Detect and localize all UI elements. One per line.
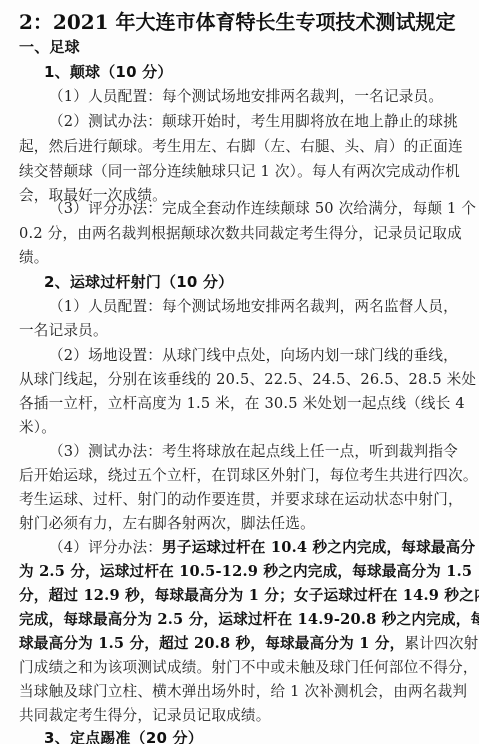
- paragraph-line: （2）测试办法：颠球开始时，考生用脚将放在地上静止的球挑: [49, 112, 458, 132]
- paragraph-line: 米）。: [19, 418, 56, 438]
- item-heading-fixed-point-kick: 3、定点踢准（20 分）: [44, 728, 203, 744]
- scoring-prefix: （4）评分办法：: [49, 539, 162, 556]
- document-title: 2：2021 年大连市体育特长生专项技术测试规定: [19, 8, 456, 36]
- paragraph-line: （2）场地设置：从球门线中点处，向场内划一球门线的垂线，: [49, 346, 458, 366]
- paragraph-line: 当球触及球门立柱、横木弹出场外时，给 1 次补测机会，由两名裁判: [19, 682, 467, 702]
- paragraph-line: 考生运球、过杆、射门的动作要连贯，并要求球在运动状态中射门，: [19, 490, 463, 510]
- scoring-line: 为 2.5 分，运球过杆在 10.5-12.9 秒之内完成，每球最高分为 1.5: [19, 562, 472, 582]
- paragraph-line: 起，然后进行颠球。考生用左、右脚（左、右腿、头、肩）的正面连: [19, 137, 463, 157]
- scoring-line: （4）评分办法：男子运球过杆在 10.4 秒之内完成，每球最高分: [49, 538, 475, 558]
- paragraph-line: 后开始运球，绕过五个立杆，在罚球区外射门，每位考生共进行四次。: [19, 466, 478, 486]
- paragraph-line: （1）人员配置：每个测试场地安排两名裁判，两名监督人员，: [49, 297, 458, 317]
- document-page: 2：2021 年大连市体育特长生专项技术测试规定 一、足球 1、颠球（10 分）…: [0, 0, 479, 744]
- paragraph-line: （3）评分办法：完成全套动作连续颠球 50 次给满分，每颠 1 个: [49, 199, 476, 219]
- paragraph-line: 射门必须有力，左右脚各射两次，脚法任选。: [19, 514, 315, 534]
- paragraph-line: 0.2 分，由两名裁判根据颠球次数共同裁定考生得分，记录员记取成: [19, 224, 462, 244]
- item-heading-juggling: 1、颠球（10 分）: [44, 62, 173, 82]
- paragraph-line: （3）测试办法：考生将球放在起点线上任一点，听到裁判指令: [49, 442, 458, 462]
- scoring-line: 球最高分为 1.5 分，超过 20.8 秒，每球最高分为 1 分，累计四次射: [19, 634, 478, 654]
- paragraph-line: 一名记录员。: [19, 321, 108, 341]
- section-heading-football: 一、足球: [19, 37, 80, 57]
- scoring-line: 完成，每球最高分为 2.5 分，运球过杆在 14.9-20.8 秒之内完成，每: [19, 610, 479, 630]
- paragraph-line: 共同裁定考生得分，记录员记取成绩。: [19, 706, 271, 726]
- paragraph-line: 绩。: [19, 248, 49, 268]
- paragraph-line: 门成绩之和为该项测试成绩。射门不中或未触及球门任何部位不得分，: [19, 658, 478, 678]
- paragraph-line: （1）人员配置：每个测试场地安排两名裁判，一名记录员。: [49, 87, 443, 107]
- scoring-bold: 男子运球过杆在 10.4 秒之内完成，每球最高分: [162, 539, 475, 556]
- paragraph-line: 从球门线起，分别在该垂线的 20.5、22.5、24.5、26.5、28.5 米…: [19, 370, 476, 390]
- scoring-bold: 球最高分为 1.5 分，超过 20.8 秒，每球最高分为 1 分，: [19, 635, 404, 652]
- scoring-line: 分，超过 12.9 秒，每球最高分为 1 分；女子运球过杆在 14.9 秒之内: [19, 586, 479, 606]
- paragraph-line: 各插一立杆，立杆高度为 1.5 米，在 30.5 米处划一起点线（线长 4: [19, 394, 465, 414]
- item-heading-dribble-shoot: 2、运球过杆射门（10 分）: [44, 272, 233, 292]
- scoring-tail: 累计四次射: [404, 635, 478, 652]
- paragraph-line: 续交替颠球（同一部分连续触球只记 1 次）。每人有两次完成动作机: [19, 162, 460, 182]
